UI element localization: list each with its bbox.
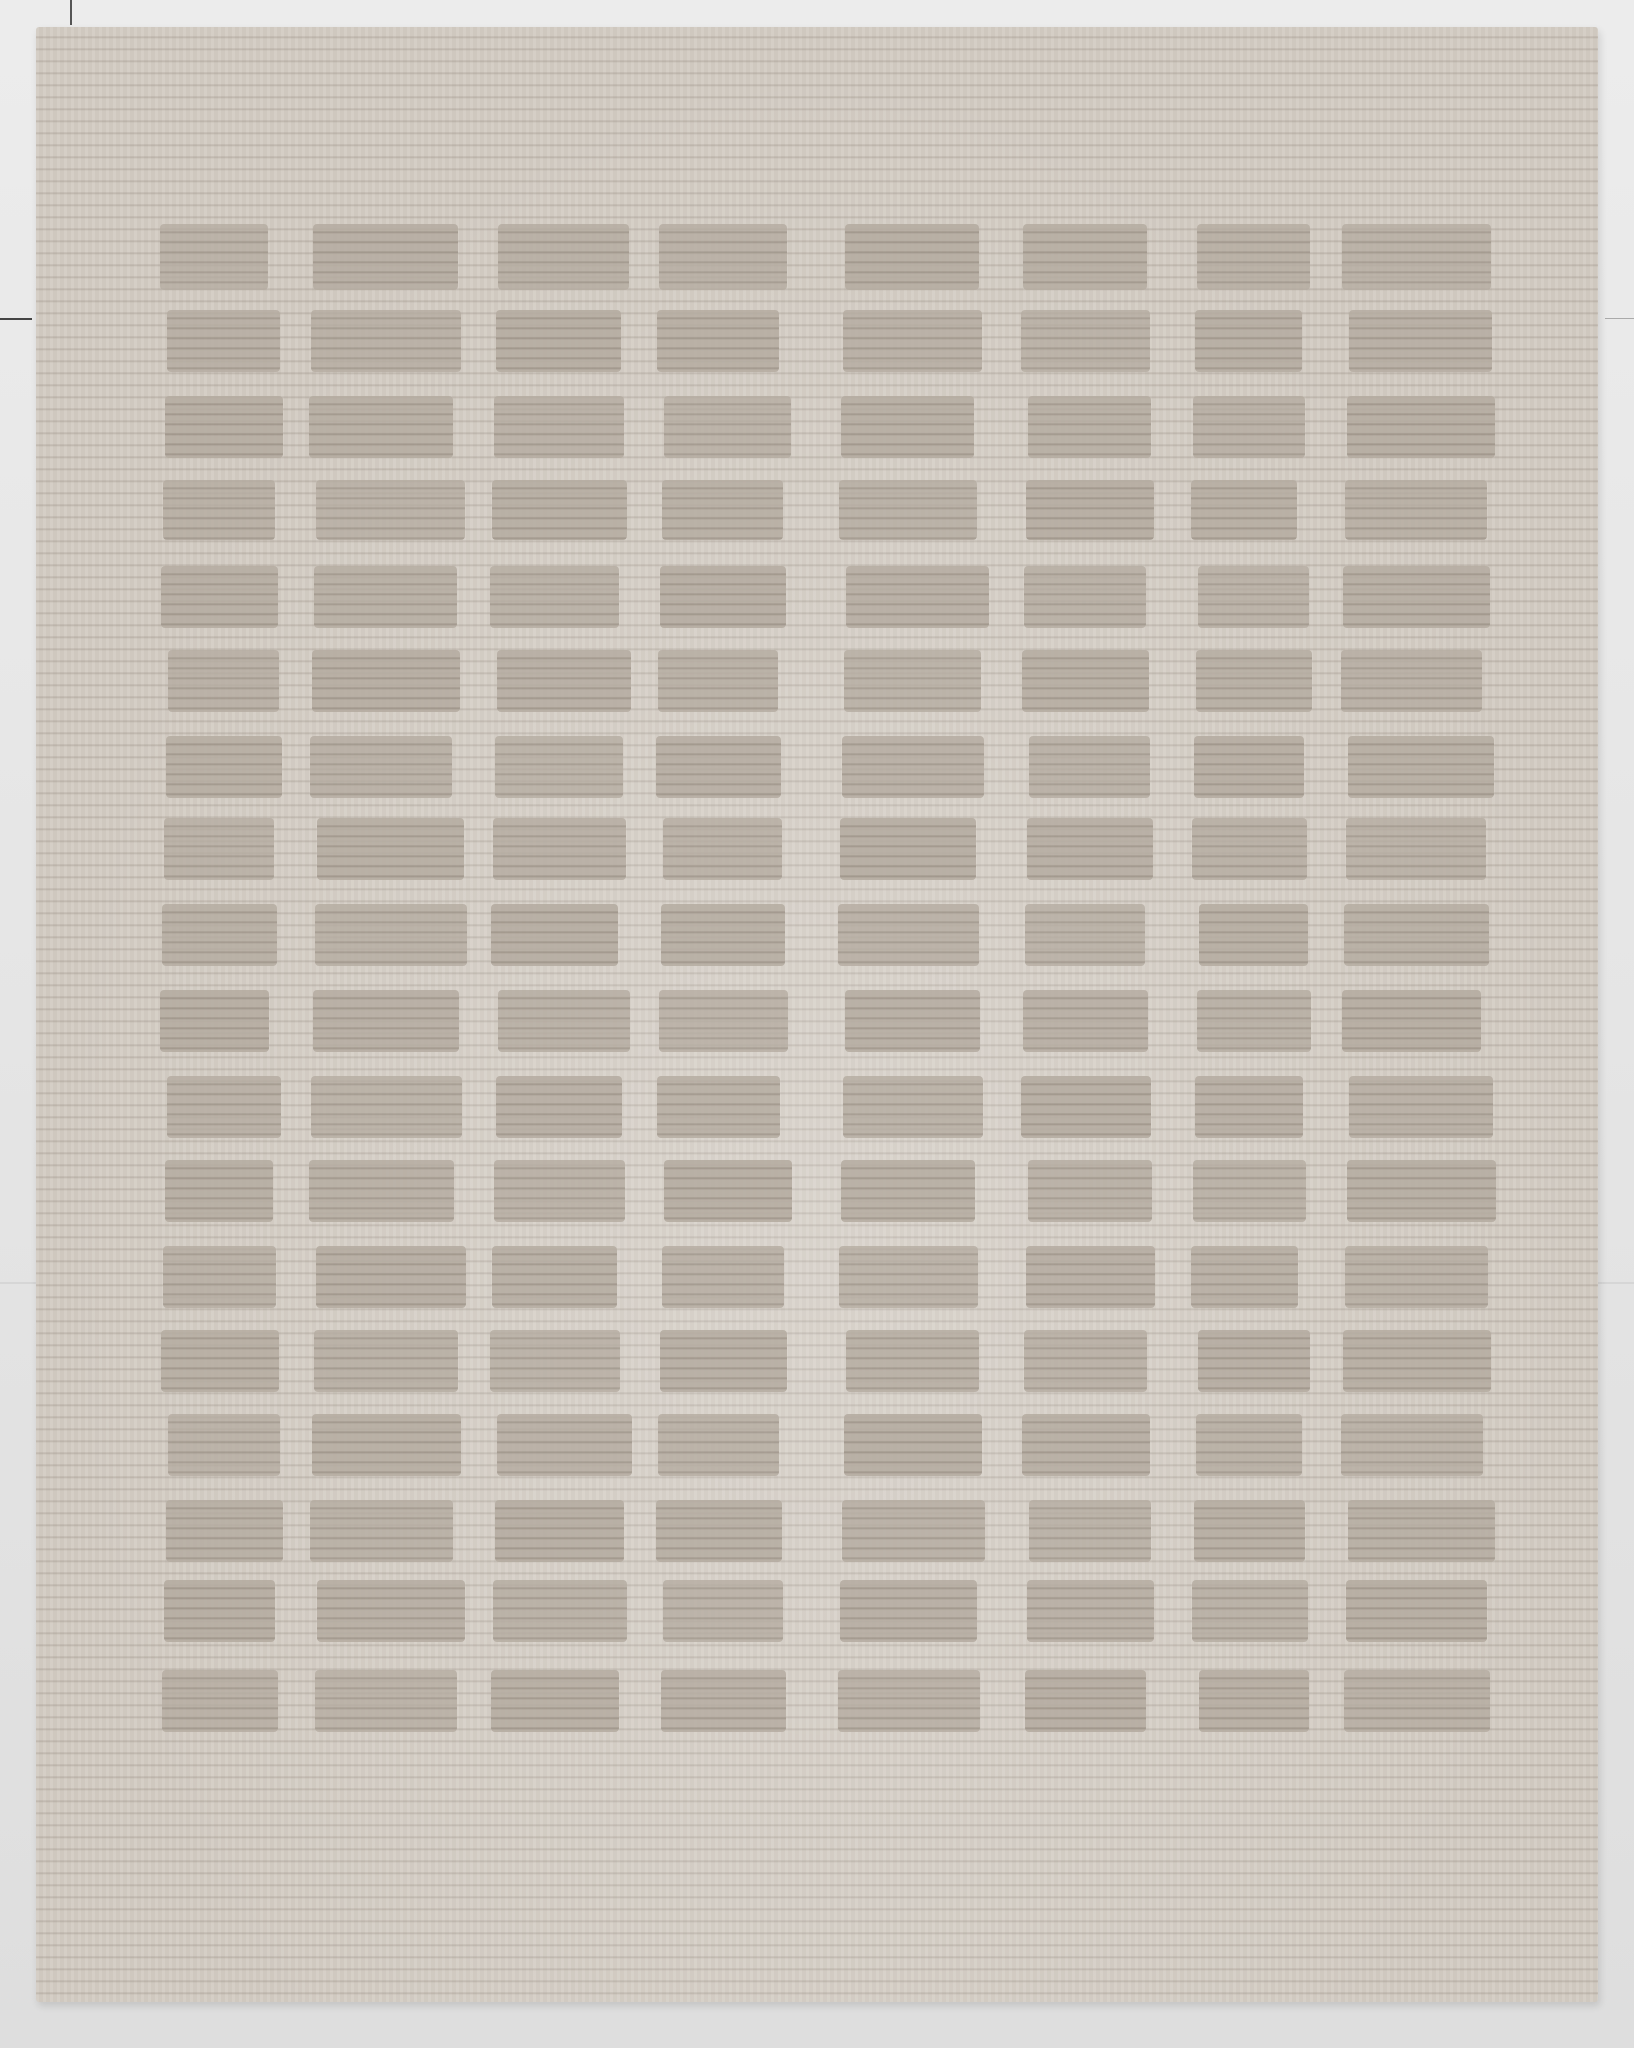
rug-pattern-block xyxy=(842,1500,985,1562)
rug-pattern-block xyxy=(1197,224,1310,290)
rug-pattern-block xyxy=(656,736,781,798)
rug-pattern-block xyxy=(846,1330,979,1392)
rug-pattern-block xyxy=(1029,1500,1151,1562)
rug-pattern-block xyxy=(1347,396,1495,458)
rug-pattern-block xyxy=(167,1076,281,1138)
rug-pattern-block xyxy=(1196,650,1312,712)
rug-pattern-block xyxy=(496,1076,622,1138)
rug-pattern-block xyxy=(1345,1246,1488,1308)
rug-pattern-block xyxy=(1341,650,1482,712)
rug-pattern-block xyxy=(497,1414,632,1476)
rug-pattern-block xyxy=(314,566,457,628)
rug-pattern-block xyxy=(662,1246,784,1308)
rug-pattern-block xyxy=(167,310,280,372)
rug-pattern-block xyxy=(314,1330,458,1392)
rug-pattern-block xyxy=(661,904,785,966)
rug-pattern-block xyxy=(494,1160,625,1222)
rug-pattern-block xyxy=(317,1580,465,1642)
rug-pattern-block xyxy=(1347,1160,1496,1222)
rug-pattern-block xyxy=(1346,1580,1487,1642)
floor-tile-seam xyxy=(70,0,72,25)
rug-pattern-block xyxy=(491,1670,619,1732)
rug-pattern-block xyxy=(490,566,619,628)
rug-pattern-block xyxy=(663,818,782,880)
rug-pattern-block xyxy=(846,566,989,628)
rug-pattern-block xyxy=(1344,904,1489,966)
rug-pattern-block xyxy=(1345,480,1487,540)
rug-pattern-block xyxy=(840,818,976,880)
rug-pattern-block xyxy=(658,650,778,712)
rug-pattern-block xyxy=(1199,904,1308,966)
rug-pattern-block xyxy=(1023,990,1148,1052)
rug-pattern-block xyxy=(168,1414,280,1476)
rug-pattern-block xyxy=(309,396,453,458)
rug-pattern-block xyxy=(313,224,458,290)
rug-pattern-block xyxy=(497,650,631,712)
rug-pattern-block xyxy=(1195,310,1302,372)
rug-pattern-block xyxy=(316,1246,466,1308)
rug-pattern-block xyxy=(1348,736,1494,798)
rug-pattern-block xyxy=(1021,1076,1151,1138)
rug-pattern-block xyxy=(317,818,464,880)
rug-pattern-block xyxy=(1342,990,1481,1052)
rug-pattern-block xyxy=(842,736,984,798)
rug-pattern-block xyxy=(1194,736,1304,798)
rug-pattern-block xyxy=(492,1246,617,1308)
floor-tile-seam xyxy=(1605,318,1634,319)
rug-pattern-block xyxy=(659,224,787,290)
rug-pattern-block xyxy=(1025,1670,1146,1732)
rug-pattern-block xyxy=(1341,1414,1483,1476)
rug-pattern-block xyxy=(493,1580,627,1642)
rug-pattern-block xyxy=(312,1414,461,1476)
rug-pattern-block xyxy=(313,990,459,1052)
rug-pattern-block xyxy=(1029,736,1150,798)
rug-pattern-block xyxy=(1026,480,1154,540)
rug-pattern-block xyxy=(1192,818,1307,880)
floor-tile-seam xyxy=(0,318,32,320)
rug-pattern-block xyxy=(311,310,461,372)
rug-pattern-block xyxy=(1193,1160,1306,1222)
rug-pattern-block xyxy=(1196,1414,1302,1476)
rug-pattern-block xyxy=(844,1414,982,1476)
rug-pattern-block xyxy=(1348,1500,1495,1562)
rug-pattern-block xyxy=(844,650,981,712)
rug-pattern-block xyxy=(160,224,268,290)
rug-pattern-block xyxy=(658,1414,779,1476)
rug-pattern-block xyxy=(839,480,977,540)
rug-pattern-block xyxy=(1024,1330,1147,1392)
rug-pattern-block xyxy=(310,736,452,798)
rug-pattern-block xyxy=(1346,818,1486,880)
rug-pattern-block xyxy=(657,1076,780,1138)
rug-pattern-block xyxy=(309,1160,454,1222)
rug-pattern-block xyxy=(1027,818,1153,880)
rug-pattern-block xyxy=(315,1670,457,1732)
rug-pattern-block xyxy=(496,310,621,372)
rug-pattern-block xyxy=(1198,1330,1310,1392)
rug-pattern-block xyxy=(1194,1500,1305,1562)
rug-pattern-block xyxy=(1028,1160,1152,1222)
rug-pattern-block xyxy=(1191,1246,1298,1308)
rug-pattern-block xyxy=(1027,1580,1154,1642)
rug-pattern-block xyxy=(661,1670,786,1732)
rug-pattern-block xyxy=(161,566,278,628)
rug-pattern-block xyxy=(165,1160,273,1222)
rug-pattern-block xyxy=(1349,1076,1493,1138)
rug-pattern-block xyxy=(498,990,630,1052)
rug-pattern-block xyxy=(1026,1246,1155,1308)
rug-pattern-block xyxy=(663,1580,783,1642)
rug-pattern-block xyxy=(311,1076,462,1138)
rug-pattern-block xyxy=(843,310,982,372)
rug-pattern-block xyxy=(1021,310,1150,372)
rug-pattern-block xyxy=(660,566,786,628)
rug-pattern-block xyxy=(838,1670,980,1732)
rug-pattern-block xyxy=(495,736,623,798)
rug-pattern-block xyxy=(161,1330,279,1392)
rug-pattern-block xyxy=(164,818,274,880)
rug-pattern-block xyxy=(164,1580,275,1642)
rug-pattern-block xyxy=(168,650,279,712)
rug-pattern-block xyxy=(1193,396,1305,458)
rug-pattern-block xyxy=(1022,650,1149,712)
rug-pattern-block xyxy=(490,1330,620,1392)
rug-pattern-block xyxy=(845,990,980,1052)
rug-pattern-block xyxy=(1343,1330,1491,1392)
rug-pattern-block xyxy=(315,904,467,966)
rug-pattern-block xyxy=(1344,1670,1490,1732)
rug-pattern-block xyxy=(1025,904,1145,966)
rug-pattern-block xyxy=(664,396,791,458)
rug-pattern-block xyxy=(841,1160,975,1222)
rug-pattern-block xyxy=(659,990,788,1052)
rug-pattern-block xyxy=(166,1500,283,1562)
rug-pattern-block xyxy=(491,904,618,966)
rug-pattern-block xyxy=(1342,224,1491,290)
rug-pattern-block xyxy=(166,736,282,798)
rug-pattern-block xyxy=(162,904,277,966)
rug-pattern-block xyxy=(310,1500,453,1562)
rug xyxy=(36,27,1598,2002)
rug-pattern-block xyxy=(163,480,275,540)
rug-pattern-block xyxy=(493,818,626,880)
rug-pattern-block xyxy=(162,1670,278,1732)
rug-pattern-block xyxy=(165,396,283,458)
rug-pattern-block xyxy=(660,1330,787,1392)
rug-pattern-block xyxy=(839,1246,978,1308)
rug-pattern-block xyxy=(664,1160,792,1222)
rug-pattern-block xyxy=(838,904,979,966)
rug-pattern-block xyxy=(843,1076,983,1138)
rug-pattern-block xyxy=(492,480,627,540)
rug-pattern-block xyxy=(656,1500,782,1562)
rug-pattern-block xyxy=(1343,566,1490,628)
rug-pattern-block xyxy=(1191,480,1297,540)
rug-pattern-block xyxy=(840,1580,977,1642)
rug-pattern-block xyxy=(662,480,783,540)
rug-pattern-block xyxy=(1198,566,1309,628)
rug-pattern-block xyxy=(160,990,269,1052)
rug-pattern-block xyxy=(494,396,624,458)
rug-pattern-block xyxy=(495,1500,624,1562)
rug-pattern-block xyxy=(1192,1580,1308,1642)
rug-pattern-block xyxy=(498,224,629,290)
rug-pattern-block xyxy=(1199,1670,1309,1732)
rug-pattern-block xyxy=(1195,1076,1303,1138)
rug-pattern-block xyxy=(1022,1414,1150,1476)
rug-pattern-block xyxy=(1024,566,1146,628)
rug-pattern-block xyxy=(1023,224,1147,290)
rug-pattern-block xyxy=(1028,396,1151,458)
rug-pattern-block xyxy=(841,396,974,458)
rug-pattern-block xyxy=(657,310,779,372)
rug-pattern-block xyxy=(163,1246,276,1308)
rug-pattern-block xyxy=(1349,310,1492,372)
rug-pattern-block xyxy=(312,650,460,712)
rug-pattern-block xyxy=(1197,990,1311,1052)
rug-pattern-block xyxy=(845,224,979,290)
rug-pattern-block xyxy=(316,480,465,540)
